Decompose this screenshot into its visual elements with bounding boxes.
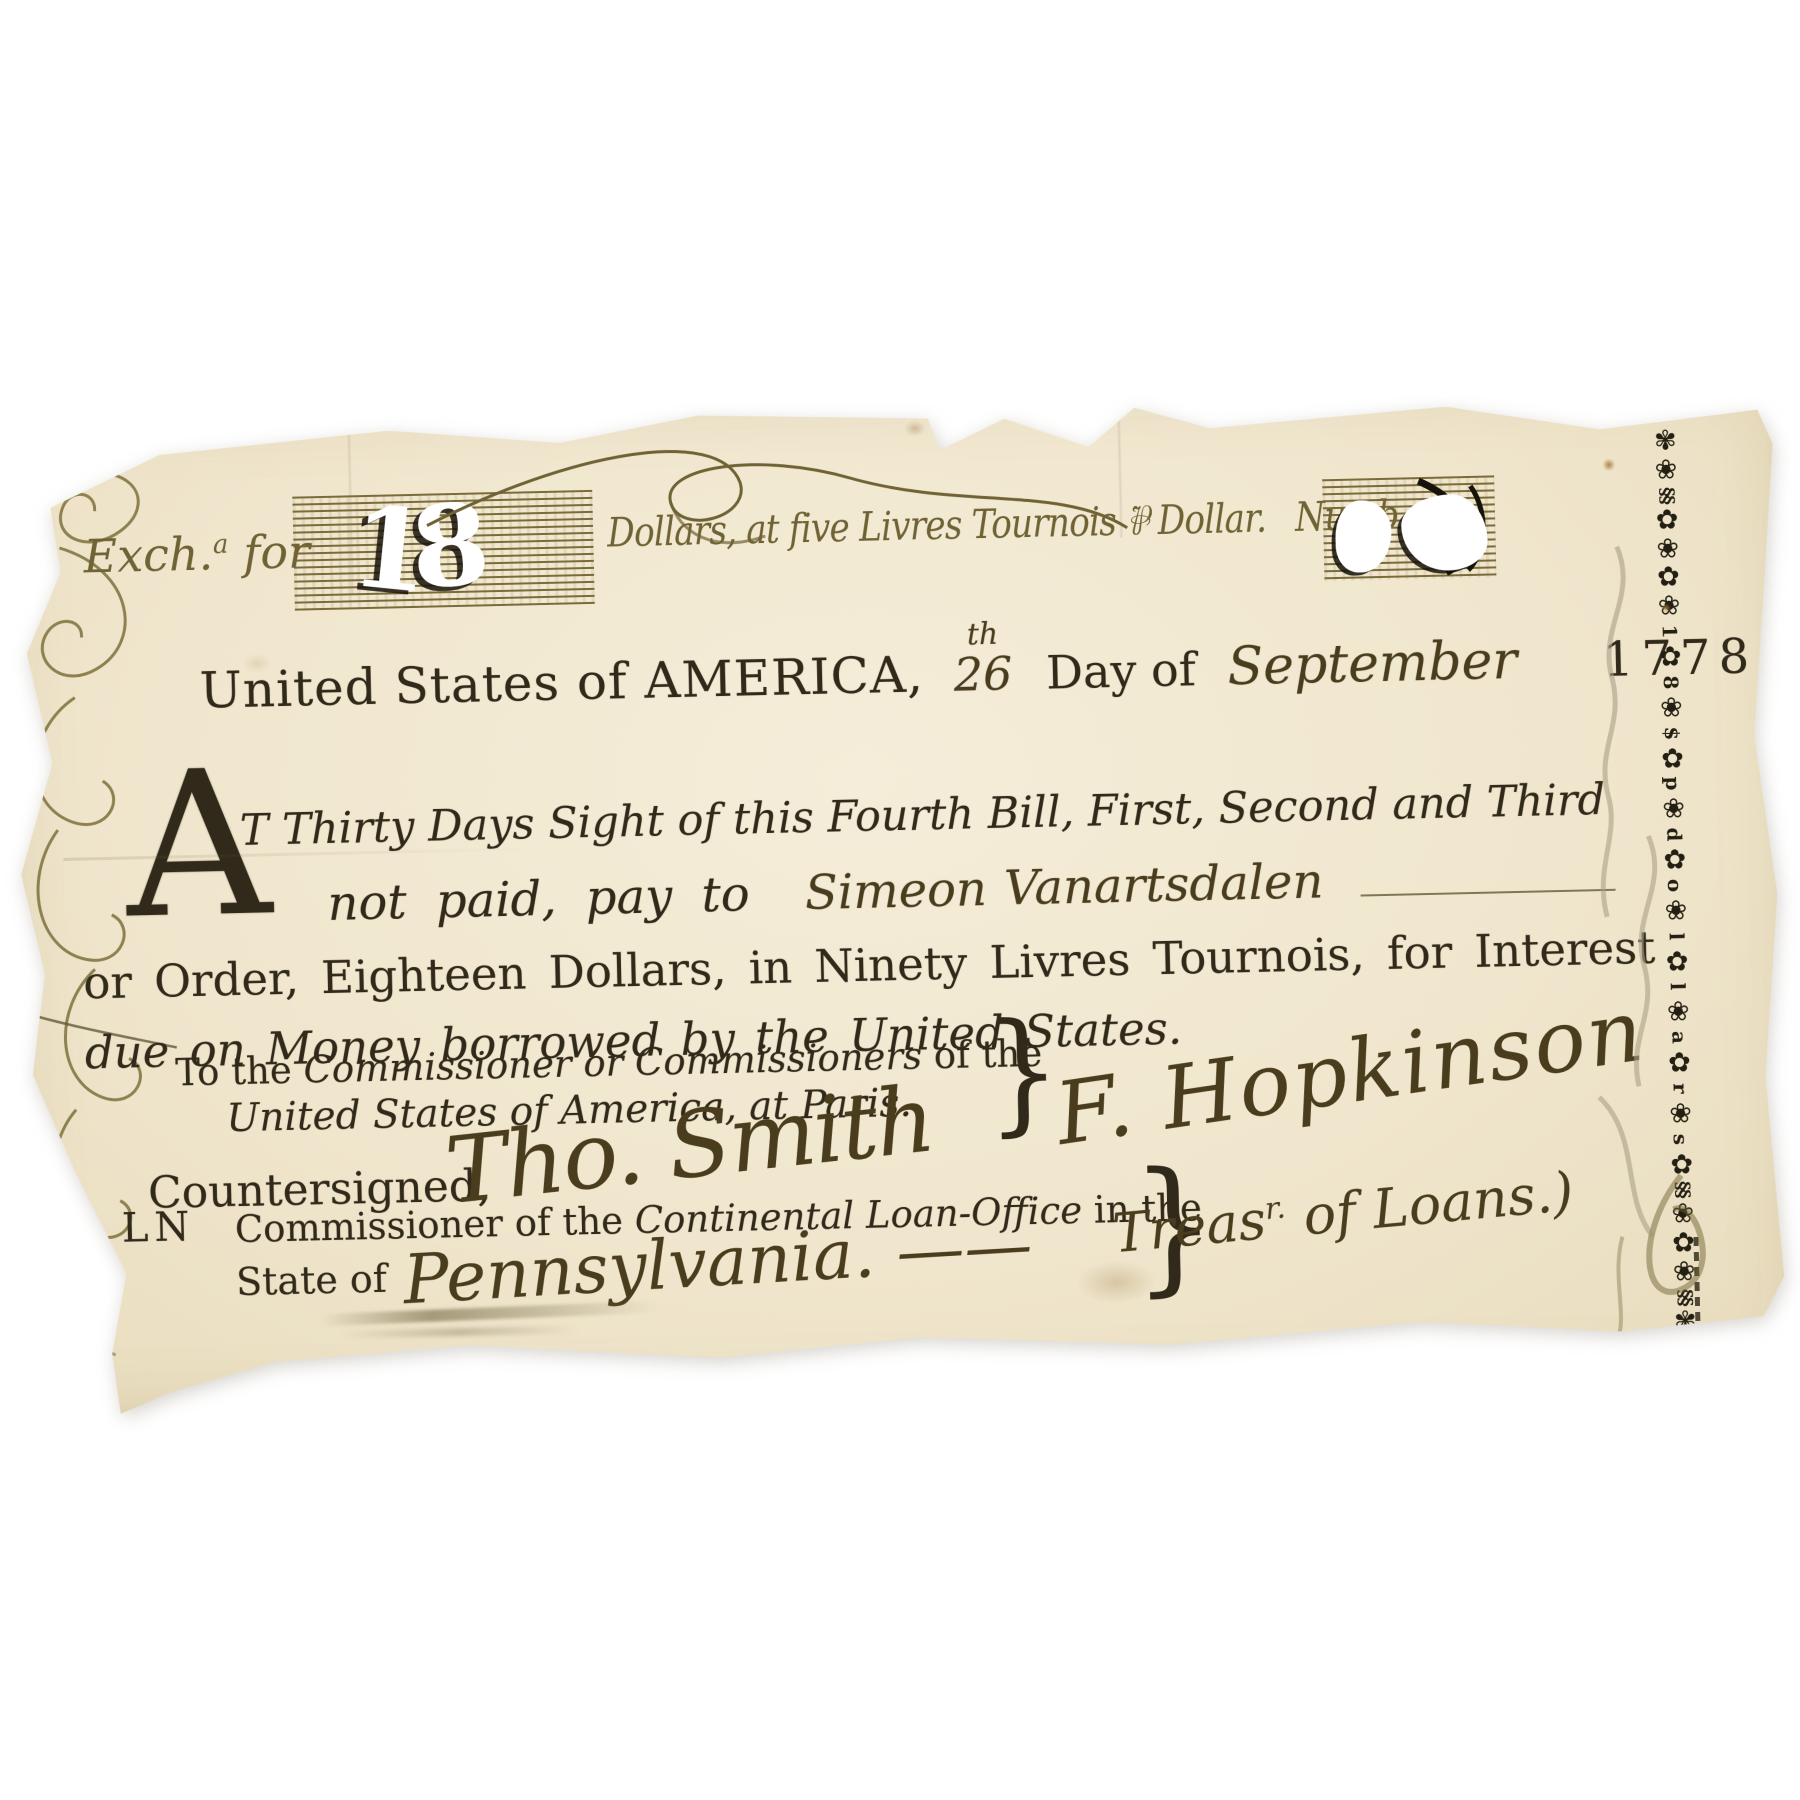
body-line-1: T Thirty Days Sight of this Fourth Bill,…: [239, 775, 1605, 856]
handwritten-payee: Simeon Vanartsdalen: [804, 853, 1324, 921]
control-letters: LN: [121, 1204, 196, 1252]
country-title: United States of AMERICA,: [199, 645, 924, 719]
endorsement-ink-showthrough: [1547, 535, 1725, 1348]
pay-to-label: not paid, pay to: [327, 866, 750, 932]
bill-paper: Exch.a for 1 8 Dollars, at five Livres T…: [0, 373, 1800, 1421]
section-marks: §§: [1657, 487, 1676, 503]
day-number: 26: [953, 646, 1013, 701]
handwritten-day: 26th: [953, 646, 1013, 701]
body-line-3: or Order, Eighteen Dollars, in Ninety Li…: [83, 921, 1656, 1010]
scanned-bill-of-exchange: Exch.a for 1 8 Dollars, at five Livres T…: [0, 0, 1800, 1800]
to-the-label: To the: [175, 1049, 292, 1095]
treas-word: Treas: [1110, 1188, 1269, 1265]
exch-word: Exch.: [83, 526, 214, 583]
foxing-stain: [1602, 459, 1616, 471]
state-of-label: State of: [236, 1257, 388, 1304]
exchange-for-label: Exch.a for: [83, 524, 311, 583]
date-line: United States of AMERICA, 26th Day of Se…: [199, 625, 1758, 720]
ink-smudge: [339, 1325, 579, 1338]
body-line-2: not paid, pay to Simeon Vanartsdalen: [327, 847, 1616, 932]
pen-flourish: [419, 409, 1142, 575]
rosette-ornament: ✾: [1654, 427, 1677, 455]
handwritten-month: September: [1227, 631, 1518, 698]
day-suffix: th: [966, 617, 998, 653]
of-loans-word: of Loans.): [1301, 1160, 1577, 1248]
paper-wrap: Exch.a for 1 8 Dollars, at five Livres T…: [0, 373, 1800, 1421]
treas-superscript: r.: [1263, 1190, 1287, 1227]
day-of-label: Day of: [1046, 642, 1197, 699]
number-hatched-block: [1322, 475, 1496, 581]
rosette-ornament: ✿: [1656, 506, 1679, 534]
rosette-ornament: ❀: [1654, 456, 1677, 484]
exch-superscript: a: [213, 530, 229, 560]
